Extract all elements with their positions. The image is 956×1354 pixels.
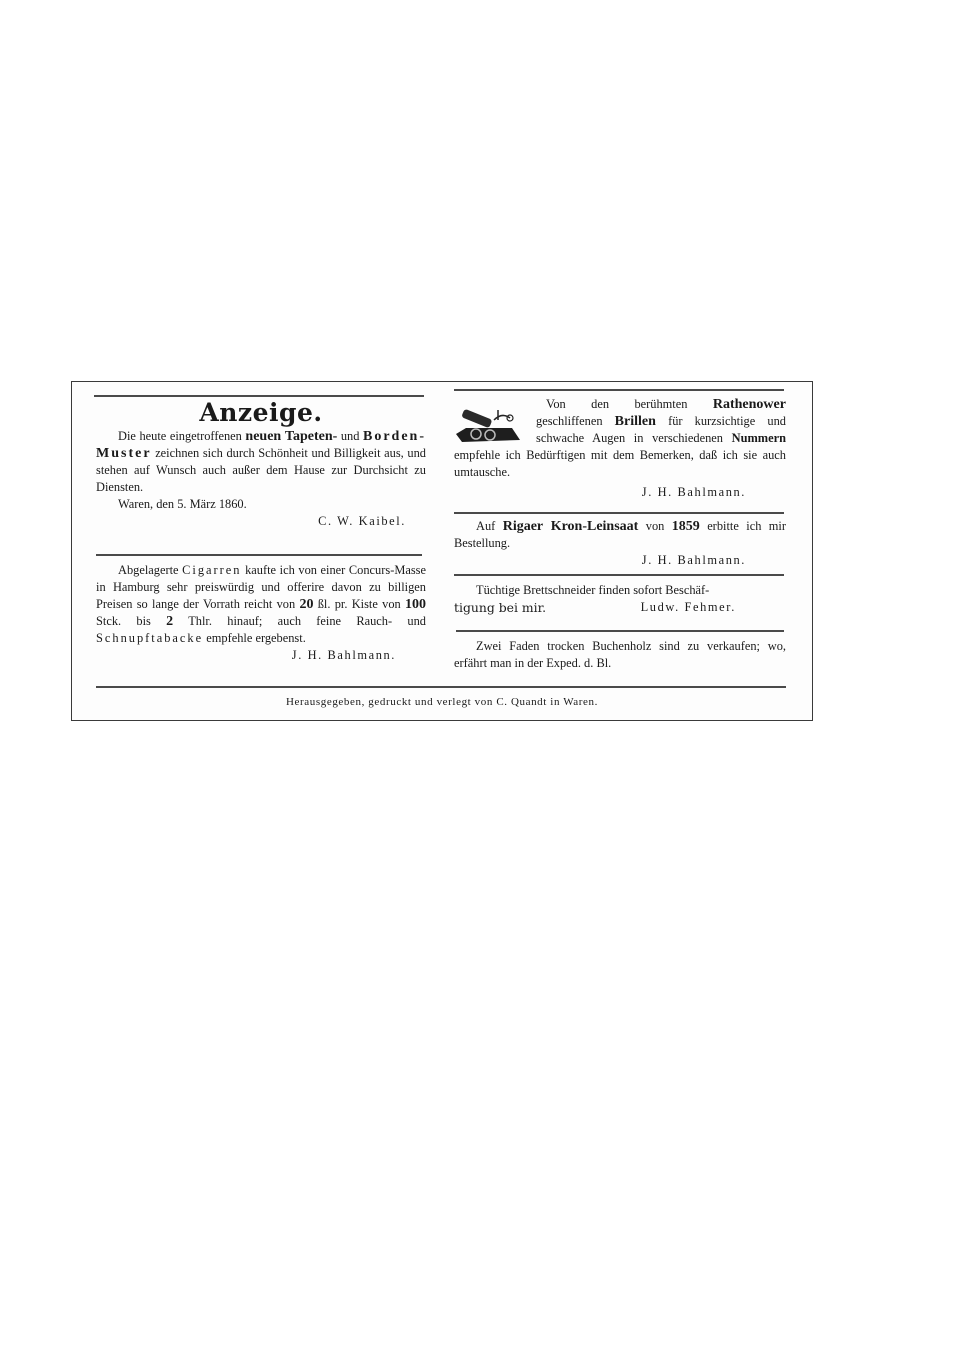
top-rule-left <box>94 395 424 397</box>
ad-signature: C. W. Kaibel. <box>96 513 426 530</box>
ad-anzeige: Anzeige. Die heute eingetroffenen neuen … <box>96 398 426 530</box>
ad-signature: J. H. Bahlmann. <box>96 647 426 664</box>
ad-body-line2-row: tigung bei mir. Ludw. Fehmer. <box>454 599 786 616</box>
ad-title: Anzeige. <box>96 398 426 428</box>
right-column-4: Zwei Faden trocken Buchenholz sind zu ve… <box>454 638 786 672</box>
divider-right-3 <box>456 630 784 632</box>
right-column: Von den berühmten Rathenower geschliffen… <box>454 396 786 501</box>
ad-body: Auf Rigaer Kron-Leinsaat von 1859 erbitt… <box>454 518 786 552</box>
ad-body-line1: Tüchtige Brettschneider finden sofort Be… <box>454 582 786 599</box>
divider-right-2 <box>454 574 784 576</box>
ad-date: Waren, den 5. März 1860. <box>96 496 426 513</box>
ad-signature: Ludw. Fehmer. <box>641 599 786 616</box>
right-column-3: Tüchtige Brettschneider finden sofort Be… <box>454 582 786 616</box>
left-column: Anzeige. Die heute eingetroffenen neuen … <box>96 398 426 530</box>
ad-cigarren: Abgelagerte Cigarren kaufte ich von eine… <box>96 562 426 664</box>
newspaper-clipping: Anzeige. Die heute eingetroffenen neuen … <box>71 381 813 721</box>
ad-buchenholz: Zwei Faden trocken Buchenholz sind zu ve… <box>454 638 786 672</box>
ad-brettschneider: Tüchtige Brettschneider finden sofort Be… <box>454 582 786 616</box>
ad-body: Zwei Faden trocken Buchenholz sind zu ve… <box>454 638 786 672</box>
ad-body: Abgelagerte Cigarren kaufte ich von eine… <box>96 562 426 647</box>
ad-body: Die heute eingetroffenen neuen Tapeten- … <box>96 428 426 496</box>
right-column-2: Auf Rigaer Kron-Leinsaat von 1859 erbitt… <box>454 518 786 569</box>
ad-signature: J. H. Bahlmann. <box>454 484 786 501</box>
ad-signature: J. H. Bahlmann. <box>454 552 786 569</box>
ad-leinsaat: Auf Rigaer Kron-Leinsaat von 1859 erbitt… <box>454 518 786 569</box>
spectacles-illustration-icon <box>454 406 524 446</box>
imprint-footer: Herausgegeben, gedruckt und verlegt von … <box>72 696 812 708</box>
ad-brillen: Von den berühmten Rathenower geschliffen… <box>454 396 786 501</box>
ad-body-line2: tigung bei mir. <box>454 599 546 616</box>
divider-left-1 <box>96 554 422 556</box>
top-rule-right <box>454 389 784 391</box>
left-column-2: Abgelagerte Cigarren kaufte ich von eine… <box>96 562 426 664</box>
divider-right-1 <box>454 512 784 514</box>
bottom-rule <box>96 686 786 688</box>
